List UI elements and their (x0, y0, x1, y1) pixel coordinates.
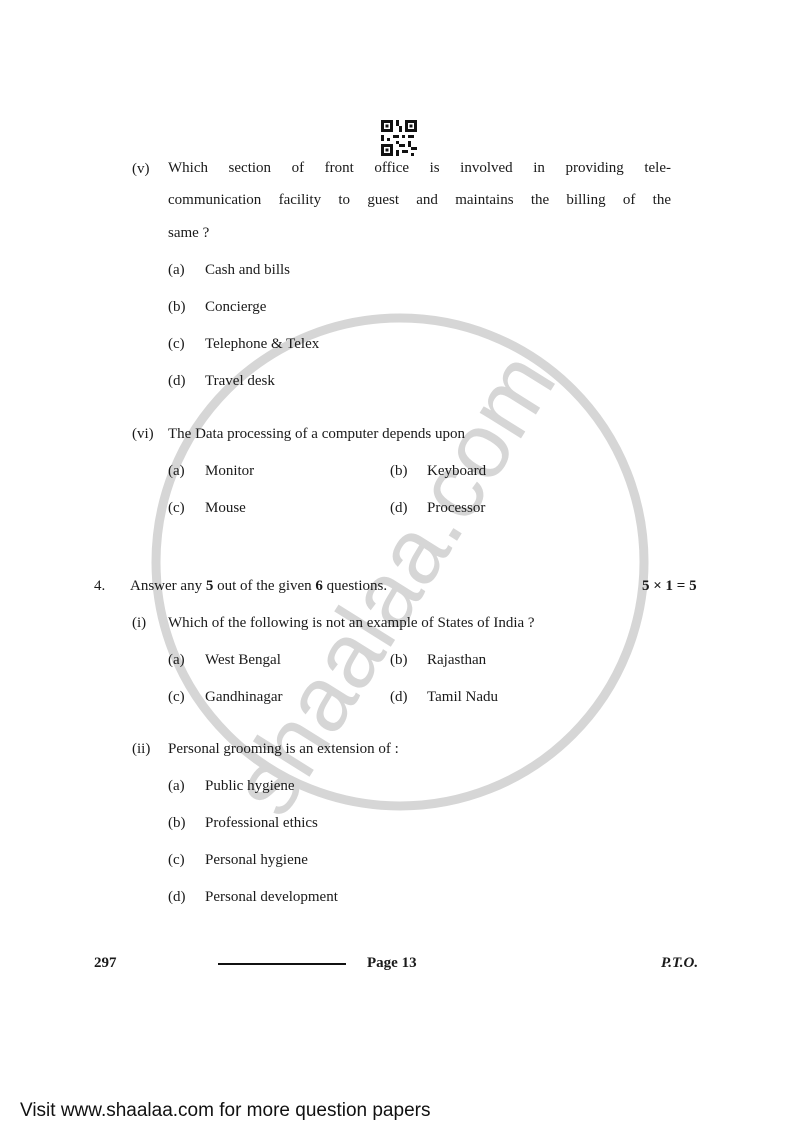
question-number: (i) (132, 614, 146, 632)
option-text: Mouse (205, 499, 246, 517)
option-text: Travel desk (205, 372, 275, 390)
option-label: (a) (168, 651, 185, 669)
question-number: (v) (132, 160, 150, 178)
option-text: Telephone & Telex (205, 335, 319, 353)
page-number: Page 13 (367, 955, 417, 972)
option-label: (a) (168, 462, 185, 480)
option-label: (c) (168, 688, 185, 706)
option-text: Cash and bills (205, 261, 290, 279)
question-number: (ii) (132, 740, 150, 758)
question-number: 4. (94, 577, 105, 595)
question-text-line-1: Which section of front office is involve… (168, 160, 671, 177)
question-text-line-2: communication facility to guest and main… (168, 192, 671, 209)
please-turn-over: P.T.O. (661, 955, 698, 972)
marks-allocation: 5 × 1 = 5 (642, 577, 697, 595)
option-label: (b) (168, 298, 186, 316)
option-text: West Bengal (205, 651, 281, 669)
question-text: The Data processing of a computer depend… (168, 425, 465, 443)
option-text: Keyboard (427, 462, 486, 480)
qr-code-icon (381, 120, 417, 156)
option-label: (c) (168, 499, 185, 517)
paper-code: 297 (94, 955, 117, 972)
option-text: Monitor (205, 462, 254, 480)
option-text: Concierge (205, 298, 266, 316)
option-text: Rajasthan (427, 651, 486, 669)
option-text: Professional ethics (205, 814, 318, 832)
option-label: (b) (390, 462, 408, 480)
footer-divider (218, 963, 346, 965)
option-label: (b) (168, 814, 186, 832)
instruction-total: 6 (315, 578, 323, 594)
option-label: (b) (390, 651, 408, 669)
option-text: Public hygiene (205, 777, 295, 795)
question-instruction: Answer any 5 out of the given 6 question… (130, 577, 387, 595)
promo-banner: Visit www.shaalaa.com for more question … (20, 1100, 430, 1122)
question-text: Personal grooming is an extension of : (168, 740, 399, 758)
instruction-text: questions. (323, 578, 387, 594)
option-text: Personal development (205, 888, 338, 906)
option-label: (c) (168, 851, 185, 869)
option-text: Personal hygiene (205, 851, 308, 869)
option-label: (d) (390, 499, 408, 517)
option-label: (d) (168, 372, 186, 390)
question-number: (vi) (132, 425, 154, 443)
question-text: Which of the following is not an example… (168, 614, 535, 632)
question-paper-page: shaalaa.com (v) Which section of front o… (0, 0, 800, 1131)
option-label: (c) (168, 335, 185, 353)
option-text: Gandhinagar (205, 688, 282, 706)
instruction-text: Answer any (130, 578, 206, 594)
option-label: (a) (168, 777, 185, 795)
option-label: (d) (168, 888, 186, 906)
instruction-text: out of the given (213, 578, 315, 594)
option-text: Processor (427, 499, 485, 517)
option-label: (d) (390, 688, 408, 706)
option-label: (a) (168, 261, 185, 279)
option-text: Tamil Nadu (427, 688, 498, 706)
question-text-line-3: same ? (168, 224, 209, 242)
